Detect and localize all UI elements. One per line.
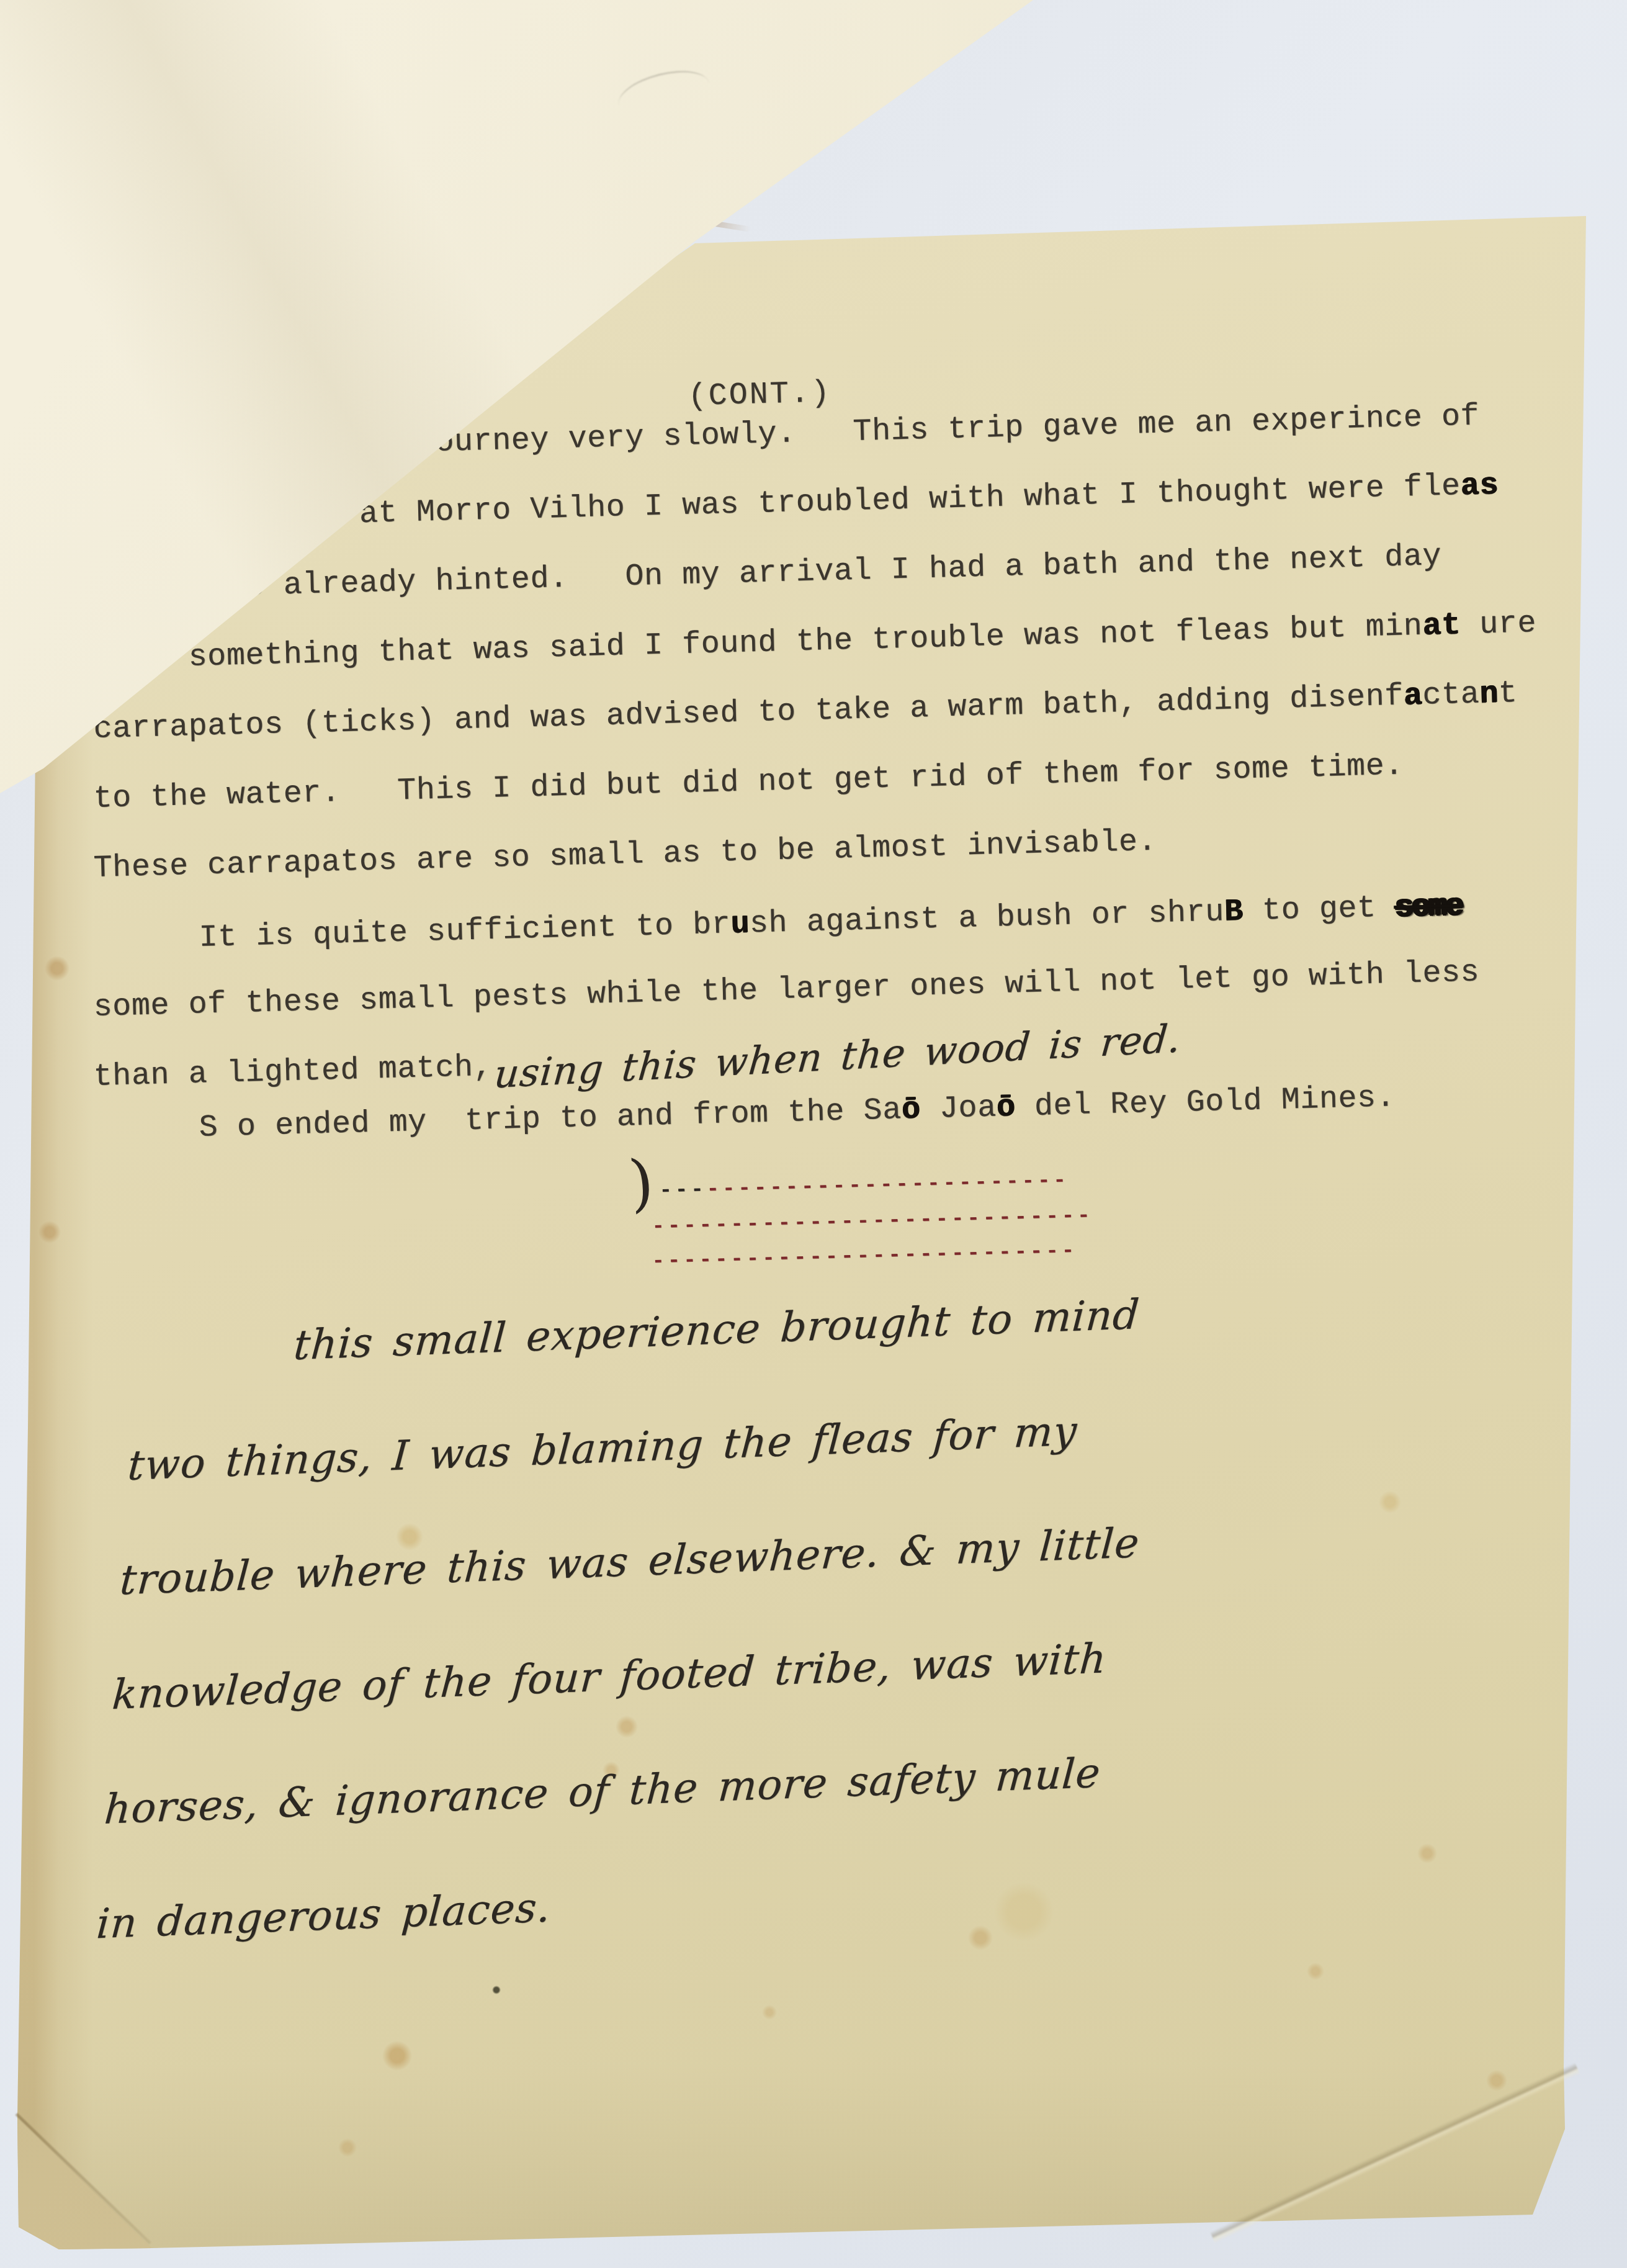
typed-text: cta (1422, 677, 1480, 713)
typed-text: Joa (920, 1090, 997, 1127)
typed-line: some of these small pests while the larg… (93, 955, 1480, 1025)
typed-text: sh against a bush or shru (749, 894, 1224, 942)
typed-text: carrapatos (ticks) and was advised to ta… (93, 679, 1404, 747)
overstruck-text: at (1422, 608, 1461, 644)
typed-line: from something that was said I found the… (93, 606, 1537, 677)
typed-line: S o ended my trip to and from the Saō Jo… (199, 1081, 1396, 1145)
typed-text: some of these small pests while the larg… (93, 955, 1480, 1025)
overstruck-text: ō (901, 1092, 921, 1128)
handwritten-inline-note: using this when the wood is red. (493, 1015, 1183, 1097)
typed-text: These carrapatos are so small as to be a… (93, 824, 1157, 886)
typed-text: t (1498, 676, 1518, 712)
typed-text: to the water. This I did but did not get… (93, 749, 1404, 817)
handwritten-paragraph: this small experience brought to mind tw… (92, 1244, 1504, 1981)
handwritten-text: using this when the wood is red. (493, 1015, 1183, 1097)
typed-text: It is quite sufficient to br (199, 907, 731, 956)
typed-text: ) (626, 1146, 657, 1220)
typed-line: to the water. This I did but did not get… (93, 749, 1404, 816)
typed-line: than a lighted match, (93, 1050, 493, 1094)
page-heading: (CONT.) (688, 376, 831, 414)
obliterated-word: some (1394, 888, 1462, 925)
divider-parenthesis: ) (627, 1151, 657, 1215)
overstruck-text: ō (996, 1090, 1016, 1126)
overstruck-text: as (1460, 468, 1499, 505)
divider-dash-row: -------------------------- (659, 1170, 1069, 1202)
photo-background: (CONT.) having taken the journey very sl… (0, 0, 1627, 2268)
overstruck-text: n (1479, 677, 1499, 713)
typed-text: del Rey Gold Mines. (1015, 1080, 1396, 1125)
heading-text: (CONT.) (688, 376, 831, 415)
divider-dash-row: ---------------------------- (652, 1205, 1093, 1238)
overstruck-text: a (1403, 678, 1423, 714)
typed-text: than a lighted match, (93, 1050, 493, 1095)
typed-text: to get (1243, 890, 1396, 929)
dash-red: ---------------------------- (652, 1204, 1093, 1239)
typed-line: carrapatos (ticks) and was advised to ta… (93, 677, 1518, 747)
typed-line: These carrapatos are so small as to be a… (93, 825, 1157, 886)
typed-line: It is quite sufficient to brush against … (199, 889, 1463, 955)
overstruck-text: B (1224, 894, 1244, 930)
dash-red: ----------------------- (706, 1169, 1069, 1202)
overstruck-text: u (730, 907, 750, 943)
typed-text: ure (1460, 606, 1537, 643)
dash-black: --- (659, 1178, 707, 1203)
typed-text: from something that was said I found the… (93, 609, 1423, 678)
typed-text: S o ended my trip to and from the Sa (199, 1092, 902, 1146)
